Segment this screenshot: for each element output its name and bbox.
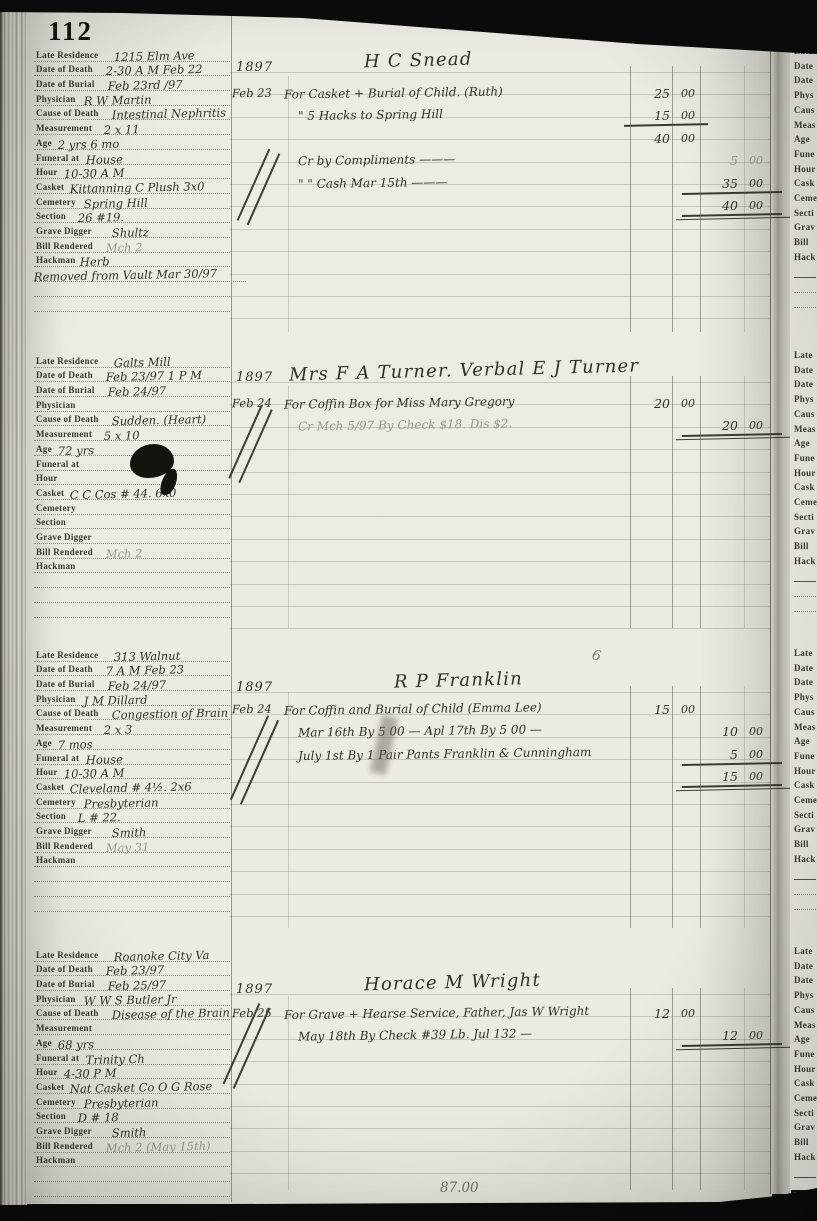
ledger-hline	[230, 206, 771, 207]
amount-dollars: 40	[630, 131, 674, 146]
field-label: Funeral at	[36, 1053, 79, 1063]
ledger-vline	[288, 692, 289, 928]
field-label: Funeral at	[36, 753, 79, 763]
ledger-hline	[230, 584, 771, 585]
field-label: Date of Burial	[36, 679, 95, 689]
field-row: Measurement5 x 10	[34, 426, 230, 442]
field-label: Cemetery	[36, 1097, 76, 1107]
field-row: Date of BurialFeb 23rd /97	[34, 75, 230, 91]
record-year: 1897	[236, 60, 273, 75]
blank-field-row	[34, 281, 230, 297]
credit-amount: 3500	[698, 176, 763, 191]
field-row: HackmanHerb	[34, 252, 230, 268]
amount-cents: 00	[674, 1006, 695, 1021]
field-label: Bill Rendered	[36, 241, 93, 251]
ledger-hline	[230, 561, 771, 562]
records-layer: Late Residence1215 Elm AveDate of Death2…	[0, 0, 817, 1221]
field-row: Cause of DeathIntestinal Nephritis	[34, 105, 230, 121]
field-label: Physician	[36, 94, 76, 104]
amount-cents: 00	[674, 396, 695, 411]
debit-amount: 1500	[630, 108, 695, 123]
amount-cents: 00	[674, 131, 695, 146]
credit-amount: 1500	[698, 769, 763, 784]
amount-dollars: 15	[698, 769, 742, 784]
field-label: Grave Digger	[36, 226, 92, 236]
record-name: Horace M Wright	[364, 970, 541, 996]
field-row: Bill RenderedMay 31	[34, 837, 230, 853]
field-row: Physician	[34, 396, 230, 412]
field-label: Funeral at	[36, 153, 79, 163]
amount-underline	[676, 787, 790, 791]
check-tick-mark	[237, 149, 281, 226]
field-row: Age68 yrs	[34, 1034, 230, 1050]
ledger-vline	[630, 376, 631, 628]
ledger-vline	[700, 988, 701, 1190]
debit-amount: 1500	[630, 702, 695, 717]
credit-amount: 1200	[698, 1028, 763, 1043]
ledger-hline	[230, 804, 771, 805]
ledger-hline	[230, 449, 771, 450]
ledger-hline	[230, 516, 771, 517]
ledger-hline	[230, 494, 771, 495]
ledger-hline	[230, 1128, 771, 1129]
ledger-vline	[744, 988, 745, 1190]
amount-underline	[682, 213, 782, 217]
ledger-vline	[744, 686, 745, 928]
field-label: Hackman	[36, 1155, 76, 1165]
ledger-hline	[230, 606, 771, 607]
entry-description: For Casket + Burial of Child. (Ruth)	[284, 84, 503, 101]
field-row: Date of DeathFeb 23/97	[34, 961, 230, 977]
record-year: 1897	[236, 982, 273, 997]
field-row: SectionD # 18	[34, 1108, 230, 1124]
ledger-vline	[744, 376, 745, 628]
field-row: Age72 yrs	[34, 440, 230, 456]
ledger-hline	[230, 1061, 771, 1062]
ledger-vline	[630, 66, 631, 332]
entry-description: May 18th By Check #39 Lb. Jul 132 —	[298, 1027, 532, 1044]
field-label: Section	[36, 1111, 66, 1121]
entry-date: Feb 23	[232, 86, 272, 101]
entry-date: Feb 24	[232, 702, 272, 717]
ledger-hline	[230, 274, 771, 275]
field-label: Measurement	[36, 123, 92, 133]
field-label: Casket	[36, 182, 64, 192]
field-label: Cause of Death	[36, 1008, 99, 1018]
field-label: Cause of Death	[36, 414, 99, 424]
field-label: Physician	[36, 694, 76, 704]
blank-field-row	[34, 587, 230, 603]
field-label: Hour	[36, 767, 58, 777]
amount-cents: 00	[674, 702, 695, 717]
field-label: Date of Death	[36, 64, 93, 74]
field-label: Cemetery	[36, 797, 76, 807]
field-row: Section26 #19.	[34, 208, 230, 224]
amount-dollars: 40	[698, 198, 742, 213]
field-label: Physician	[36, 400, 76, 410]
field-row: Date of DeathFeb 23/97 1 P M	[34, 367, 230, 383]
field-row: Section	[34, 514, 230, 530]
field-label: Hackman	[36, 855, 76, 865]
field-row: Late Residence313 Walnut	[34, 646, 230, 662]
field-row: Hour10-30 A M	[34, 164, 230, 180]
field-row: PhysicianW W S Butler Jr	[34, 990, 230, 1006]
field-label: Bill Rendered	[36, 547, 93, 557]
field-label: Bill Rendered	[36, 1141, 93, 1151]
field-row: CasketCleveland # 4½. 2x6	[34, 778, 230, 794]
blank-field-row	[34, 867, 230, 883]
ledger-vline	[630, 686, 631, 928]
field-row: Cemetery	[34, 499, 230, 515]
amount-dollars: 12	[698, 1028, 742, 1043]
debit-amount: 2500	[630, 86, 695, 101]
blank-field-row	[34, 573, 230, 589]
field-label: Hour	[36, 1067, 58, 1077]
field-row: Hackman	[34, 852, 230, 868]
amount-cents: 00	[742, 153, 763, 168]
field-label: Cause of Death	[36, 108, 99, 118]
debit-amount: 2000	[630, 396, 695, 411]
entry-description: For Grave + Hearse Service, Father, Jas …	[284, 1004, 589, 1022]
field-row: Measurement2 x 3	[34, 720, 230, 736]
field-row: PhysicianJ M Dillard	[34, 690, 230, 706]
field-label: Date of Burial	[36, 979, 95, 989]
amount-cents: 00	[742, 747, 763, 762]
record-block: Late Residence1215 Elm AveDate of Death2…	[34, 40, 775, 340]
field-label: Section	[36, 517, 66, 527]
amount-dollars: 25	[630, 86, 674, 101]
field-row: Cause of DeathDisease of the Brain	[34, 1005, 230, 1021]
amount-dollars: 15	[630, 108, 674, 123]
entry-description: Cr by Compliments ———	[298, 152, 455, 168]
field-label: Date of Burial	[36, 79, 95, 89]
record-block: Late ResidenceRoanoke City VaDate of Dea…	[34, 938, 775, 1198]
blank-field-row	[34, 602, 230, 618]
ledger-hline	[230, 916, 771, 917]
credit-amount: 4000	[698, 198, 763, 213]
ledger-hline	[230, 251, 771, 252]
field-row: Hour10-30 A M	[34, 764, 230, 780]
ledger-vline	[700, 376, 701, 628]
amount-underline	[676, 216, 790, 220]
field-row: CemeterySpring Hill	[34, 193, 230, 209]
field-label: Age	[36, 138, 52, 148]
record-name: R P Franklin	[394, 668, 523, 692]
entry-description: Cr Mch 5/97 By Check $18. Dis $2.	[298, 417, 513, 434]
ledger-hline	[230, 849, 771, 850]
field-label: Late Residence	[36, 50, 98, 60]
entry-description: " " Cash Mar 15th ———	[298, 175, 448, 191]
field-label: Date of Death	[36, 664, 93, 674]
field-row: CasketC C Cos # 44. 6x0	[34, 484, 230, 500]
blank-field-row	[34, 1181, 230, 1197]
field-row: Late ResidenceGalts Mill	[34, 352, 230, 368]
field-row: Hackman	[34, 558, 230, 574]
field-label: Late Residence	[36, 950, 98, 960]
field-label: Age	[36, 738, 52, 748]
field-row: CemeteryPresbyterian	[34, 793, 230, 809]
field-label: Bill Rendered	[36, 841, 93, 851]
field-label: Age	[36, 1038, 52, 1048]
field-row: Bill RenderedMch 2	[34, 543, 230, 559]
field-label: Hackman	[36, 561, 76, 571]
field-row: Funeral atTrinity Ch	[34, 1049, 230, 1065]
amount-cents: 00	[742, 1028, 763, 1043]
ledger-hline	[230, 782, 771, 783]
field-row: Date of BurialFeb 25/97	[34, 975, 230, 991]
amount-dollars: 20	[698, 418, 742, 433]
amount-dollars: 5	[698, 153, 742, 168]
field-label: Measurement	[36, 723, 92, 733]
field-label: Age	[36, 444, 52, 454]
field-label: Hour	[36, 167, 58, 177]
blank-field-row	[34, 1167, 230, 1183]
amount-underline	[682, 762, 782, 766]
debit-amount: 1200	[630, 1006, 695, 1021]
field-row: Bill RenderedMch 2	[34, 237, 230, 253]
field-row: Late ResidenceRoanoke City Va	[34, 946, 230, 962]
field-row: SectionL # 22.	[34, 808, 230, 824]
field-row: PhysicianR W Martin	[34, 90, 230, 106]
field-row: Funeral atHouse	[34, 749, 230, 765]
amount-dollars: 12	[630, 1006, 674, 1021]
field-label: Physician	[36, 994, 76, 1004]
ledger-hline	[230, 692, 771, 693]
ledger-hline	[230, 628, 771, 629]
field-label: Casket	[36, 1082, 64, 1092]
entry-description: For Coffin Box for Miss Mary Gregory	[284, 394, 515, 411]
field-label: Cemetery	[36, 503, 76, 513]
field-label: Hour	[36, 473, 58, 483]
amount-underline	[682, 784, 782, 788]
entry-description: " 5 Hacks to Spring Hill	[298, 107, 443, 123]
credit-amount: 1000	[698, 724, 763, 739]
ledger-vline	[288, 76, 289, 332]
field-label: Measurement	[36, 1023, 92, 1033]
amount-cents: 00	[742, 724, 763, 739]
field-label: Grave Digger	[36, 1126, 92, 1136]
field-label: Date of Burial	[36, 385, 95, 395]
record-name: H C Snead	[364, 49, 473, 73]
ledger-hline	[230, 894, 771, 895]
ledger-hline	[230, 539, 771, 540]
credit-amount: 2000	[698, 418, 763, 433]
ledger-hline	[230, 871, 771, 872]
field-row: Hackman	[34, 1152, 230, 1168]
field-label: Grave Digger	[36, 826, 92, 836]
field-note-row: Removed from Vault Mar 30/97	[34, 267, 246, 283]
amount-cents: 00	[742, 769, 763, 784]
field-label: Cemetery	[36, 197, 76, 207]
blank-field-row	[34, 296, 230, 312]
ledger-hline	[230, 296, 771, 297]
field-row: Date of Death7 A M Feb 23	[34, 661, 230, 677]
amount-cents: 00	[742, 418, 763, 433]
amount-dollars: 20	[630, 396, 674, 411]
field-row: Grave DiggerSmith	[34, 1122, 230, 1138]
field-row: Age2 yrs 6 mo	[34, 134, 230, 150]
field-row: CemeteryPresbyterian	[34, 1093, 230, 1109]
field-label: Hackman	[36, 255, 76, 265]
amount-underline	[676, 437, 790, 441]
amount-dollars: 10	[698, 724, 742, 739]
ledger-vline	[672, 66, 673, 332]
field-row: Age7 mos	[34, 734, 230, 750]
field-label: Grave Digger	[36, 532, 92, 542]
amount-underline	[676, 1047, 790, 1051]
ledger-hline	[230, 1151, 771, 1152]
ledger-hline	[230, 472, 771, 473]
field-label: Cause of Death	[36, 708, 99, 718]
ledger-vline	[700, 686, 701, 928]
ledger-vline	[672, 686, 673, 928]
amount-underline	[624, 124, 708, 127]
field-row: Grave DiggerSmith	[34, 822, 230, 838]
ledger-hline	[230, 1106, 771, 1107]
ledger-hline	[230, 1173, 771, 1174]
field-label: Funeral at	[36, 459, 79, 469]
blank-field-row	[34, 881, 230, 897]
field-row: Date of BurialFeb 24/97	[34, 675, 230, 691]
field-label: Date of Death	[36, 964, 93, 974]
ledger-hline	[230, 229, 771, 230]
amount-dollars: 5	[698, 747, 742, 762]
field-label: Casket	[36, 488, 64, 498]
field-row: Grave Digger	[34, 528, 230, 544]
field-row: Cause of DeathCongestion of Brain	[34, 705, 230, 721]
ledger-photo: { "page_number": "112", "pencil_marks": …	[0, 0, 817, 1221]
ledger-hline	[230, 318, 771, 319]
field-row: Date of Death2-30 A M Feb 22	[34, 61, 230, 77]
ledger-vline	[672, 376, 673, 628]
pencil-bottom-total: 87.00	[440, 1180, 479, 1196]
field-row: Cause of DeathSudden. (Heart)	[34, 411, 230, 427]
field-row: Date of BurialFeb 24/97	[34, 381, 230, 397]
ledger-vline	[288, 386, 289, 628]
field-row: Funeral atHouse	[34, 149, 230, 165]
amount-cents: 00	[742, 176, 763, 191]
field-row: Measurement	[34, 1020, 230, 1036]
field-row: CasketKittanning C Plush 3x0	[34, 178, 230, 194]
field-label: Casket	[36, 782, 64, 792]
record-year: 1897	[236, 680, 273, 695]
ledger-hline	[230, 994, 771, 995]
field-row: CasketNat Casket Co O G Rose	[34, 1078, 230, 1094]
field-row: Grave DiggerShultz	[34, 222, 230, 238]
field-label: Section	[36, 211, 66, 221]
field-label: Date of Death	[36, 370, 93, 380]
amount-cents: 00	[674, 86, 695, 101]
amount-dollars: 15	[630, 702, 674, 717]
amount-dollars: 35	[698, 176, 742, 191]
record-year: 1897	[236, 370, 273, 385]
ledger-hline	[230, 1084, 771, 1085]
field-label: Late Residence	[36, 650, 98, 660]
amount-underline	[682, 191, 782, 195]
debit-amount: 4000	[630, 131, 695, 146]
ledger-hline	[230, 826, 771, 827]
record-block: Late ResidenceGalts MillDate of DeathFeb…	[34, 342, 775, 636]
ledger-hline	[230, 72, 771, 73]
credit-amount: 500	[698, 747, 763, 762]
record-block: Late Residence313 WalnutDate of Death7 A…	[34, 638, 775, 936]
field-row: Bill RenderedMch 2 (May 15th)	[34, 1137, 230, 1153]
amount-cents: 00	[674, 108, 695, 123]
amount-cents: 00	[742, 198, 763, 213]
field-label: Measurement	[36, 429, 92, 439]
field-label: Section	[36, 811, 66, 821]
field-row: Late Residence1215 Elm Ave	[34, 46, 230, 62]
field-label: Late Residence	[36, 356, 98, 366]
credit-amount: 500	[698, 153, 763, 168]
blank-field-row	[34, 896, 230, 912]
field-row: Hour4-30 P M	[34, 1064, 230, 1080]
field-row: Measurement2 x 11	[34, 120, 230, 136]
ledger-vline	[288, 996, 289, 1190]
